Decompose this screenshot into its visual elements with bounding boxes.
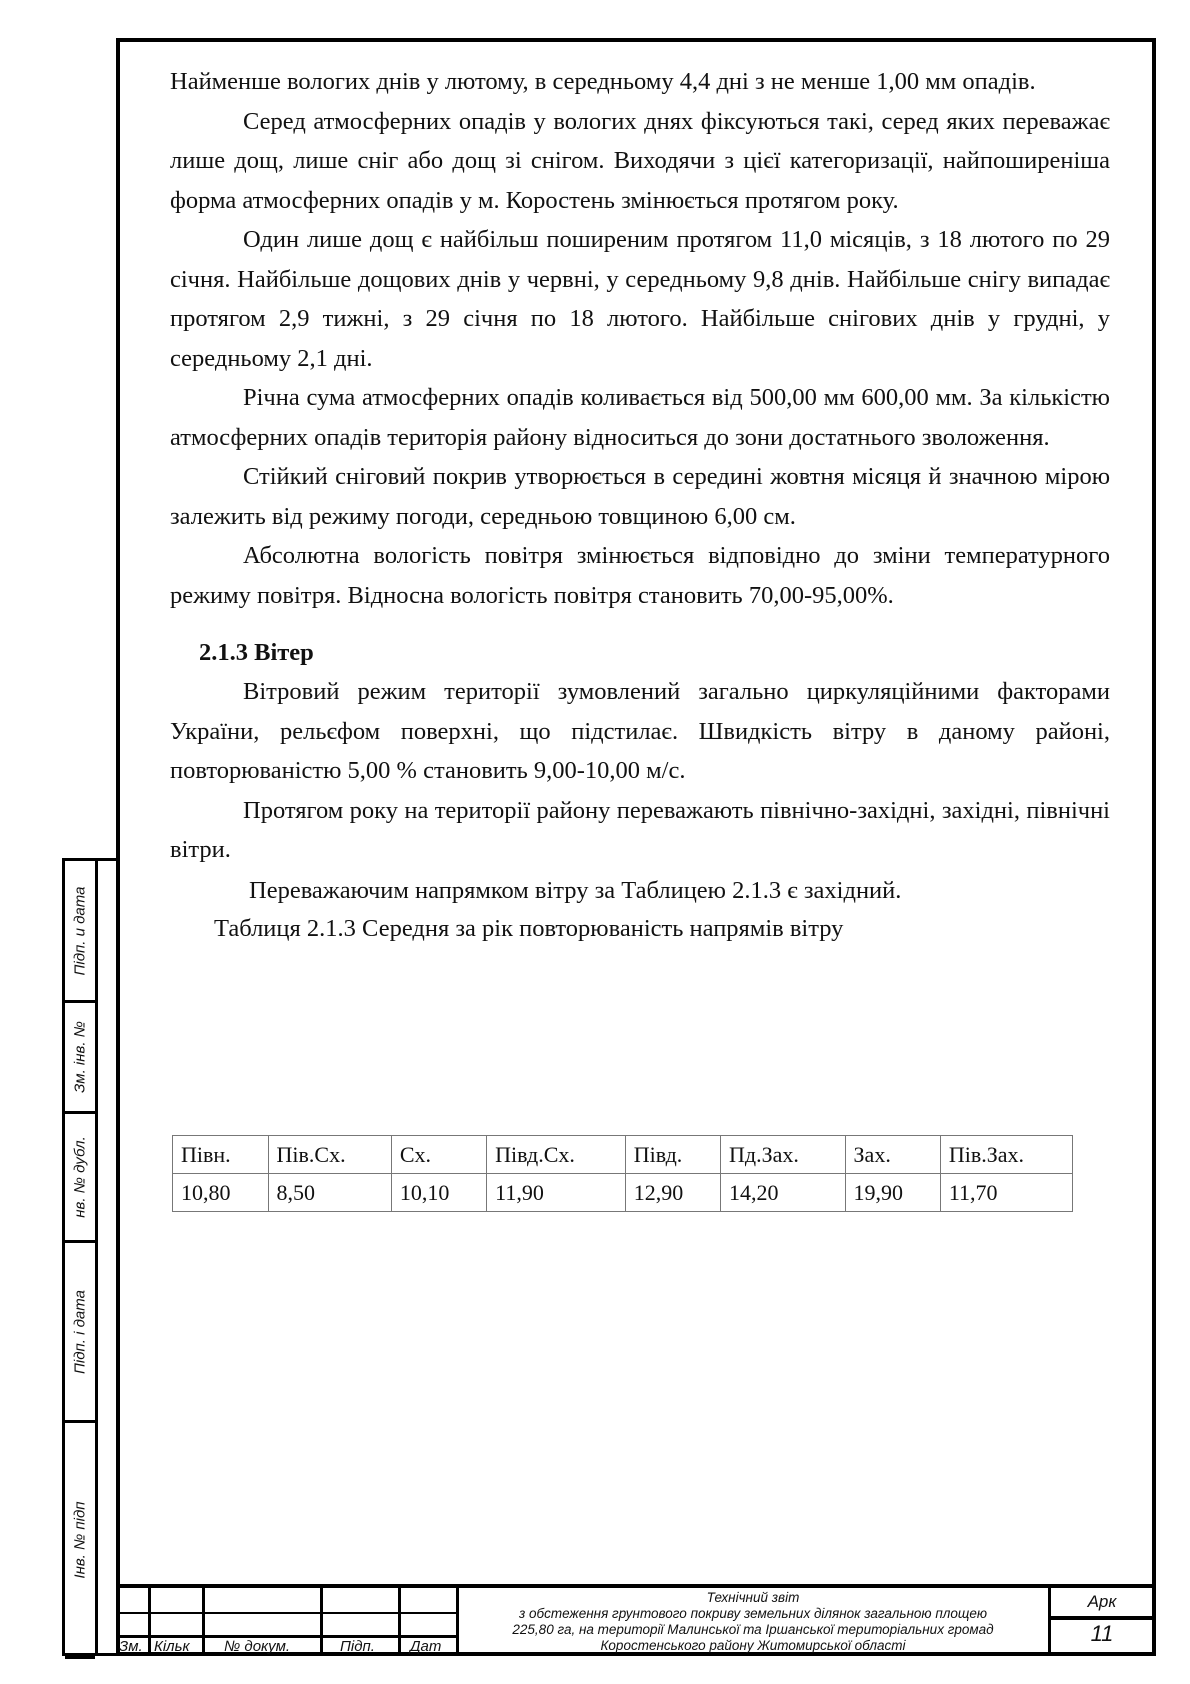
side-stamp-label: нв. № дубл. bbox=[72, 1136, 89, 1218]
side-stamp-cell: нв. № дубл. bbox=[65, 1114, 95, 1243]
table-row: 10,80 8,50 10,10 11,90 12,90 14,20 19,90… bbox=[173, 1174, 1073, 1212]
paragraph: Один лише дощ є найбільш поширеним протя… bbox=[170, 220, 1110, 378]
paragraph: Вітровий режим території зумовлений зага… bbox=[170, 672, 1110, 791]
title-block-rule bbox=[116, 1612, 458, 1614]
paragraph: Найменше вологих днів у лютому, в середн… bbox=[170, 62, 1110, 102]
table-header-cell: Півд. bbox=[625, 1136, 720, 1174]
side-stamp: Підп. и дата Зм. інв. № нв. № дубл. Підп… bbox=[62, 858, 118, 1656]
title-line: 225,80 га, на території Малинської та Ір… bbox=[464, 1622, 1042, 1638]
column-label-date: Дат bbox=[410, 1638, 441, 1655]
side-stamp-divider bbox=[95, 861, 98, 1653]
title-block-divider bbox=[1048, 1588, 1051, 1656]
column-label-doc-number: № докум. bbox=[224, 1638, 290, 1655]
wind-direction-table: Півн. Пів.Сх. Сх. Півд.Сх. Півд. Пд.Зах.… bbox=[172, 1135, 1073, 1212]
paragraph: Річна сума атмосферних опадів коливаєтьс… bbox=[170, 378, 1110, 457]
document-body: Найменше вологих днів у лютому, в середн… bbox=[170, 62, 1110, 948]
column-label-signature: Підп. bbox=[340, 1638, 375, 1655]
side-stamp-cell: Підп. і дата bbox=[65, 1243, 95, 1423]
sheet-label: Арк bbox=[1052, 1592, 1152, 1612]
column-label-kilk: Кільк bbox=[154, 1638, 190, 1655]
title-block-divider bbox=[320, 1588, 323, 1656]
table-header-cell: Півн. bbox=[173, 1136, 269, 1174]
title-line: Коростенського району Житомирської облас… bbox=[464, 1638, 1042, 1654]
title-line: з обстеження грунтового покриву земельни… bbox=[464, 1606, 1042, 1622]
title-block: Зм. Кільк № докум. Підп. Дат Технічний з… bbox=[116, 1584, 1156, 1656]
table-cell: 12,90 bbox=[625, 1174, 720, 1212]
side-stamp-cell: Підп. и дата bbox=[65, 861, 95, 1003]
table-cell: 10,80 bbox=[173, 1174, 269, 1212]
side-stamp-label: Підп. і дата bbox=[72, 1290, 89, 1374]
table-header-cell: Пів.Зах. bbox=[940, 1136, 1072, 1174]
sheet-number: 11 bbox=[1052, 1621, 1152, 1647]
title-block-divider bbox=[456, 1588, 459, 1656]
paragraph: Стійкий сніговий покрив утворюється в се… bbox=[170, 457, 1110, 536]
table-header-cell: Пів.Сх. bbox=[268, 1136, 391, 1174]
table-header-cell: Пд.Зах. bbox=[721, 1136, 845, 1174]
title-block-divider bbox=[148, 1588, 151, 1656]
table-cell: 14,20 bbox=[721, 1174, 845, 1212]
table-cell: 8,50 bbox=[268, 1174, 391, 1212]
column-label-zm: Зм. bbox=[119, 1638, 143, 1655]
title-block-divider bbox=[398, 1588, 401, 1656]
table-caption: Таблиця 2.1.3 Середня за рік повторювані… bbox=[170, 910, 1110, 948]
table-cell: 10,10 bbox=[391, 1174, 486, 1212]
paragraph: Абсолютна вологість повітря змінюється в… bbox=[170, 536, 1110, 615]
document-title: Технічний звіт з обстеження грунтового п… bbox=[464, 1590, 1042, 1654]
prevailing-direction-line: Переважаючим напрямком вітру за Таблицею… bbox=[170, 871, 1110, 911]
side-stamp-cell: Зм. інв. № bbox=[65, 1003, 95, 1114]
section-heading: 2.1.3 Вітер bbox=[199, 634, 1110, 672]
paragraph: Серед атмосферних опадів у вологих днях … bbox=[170, 102, 1110, 221]
table-header-row: Півн. Пів.Сх. Сх. Півд.Сх. Півд. Пд.Зах.… bbox=[173, 1136, 1073, 1174]
side-stamp-cell: Інв. № підп bbox=[65, 1423, 95, 1659]
paragraph: Протягом року на території району перева… bbox=[170, 791, 1110, 870]
table-cell: 11,90 bbox=[487, 1174, 626, 1212]
table-cell: 11,70 bbox=[940, 1174, 1072, 1212]
title-line: Технічний звіт bbox=[464, 1590, 1042, 1606]
table-cell: 19,90 bbox=[845, 1174, 940, 1212]
table-header-cell: Зах. bbox=[845, 1136, 940, 1174]
side-stamp-label: Підп. и дата bbox=[72, 886, 89, 975]
side-stamp-label: Інв. № підп bbox=[72, 1501, 89, 1578]
title-block-rule bbox=[1048, 1616, 1156, 1620]
side-stamp-label: Зм. інв. № bbox=[72, 1021, 89, 1093]
title-block-divider bbox=[202, 1588, 205, 1656]
table-header-cell: Сх. bbox=[391, 1136, 486, 1174]
table-header-cell: Півд.Сх. bbox=[487, 1136, 626, 1174]
